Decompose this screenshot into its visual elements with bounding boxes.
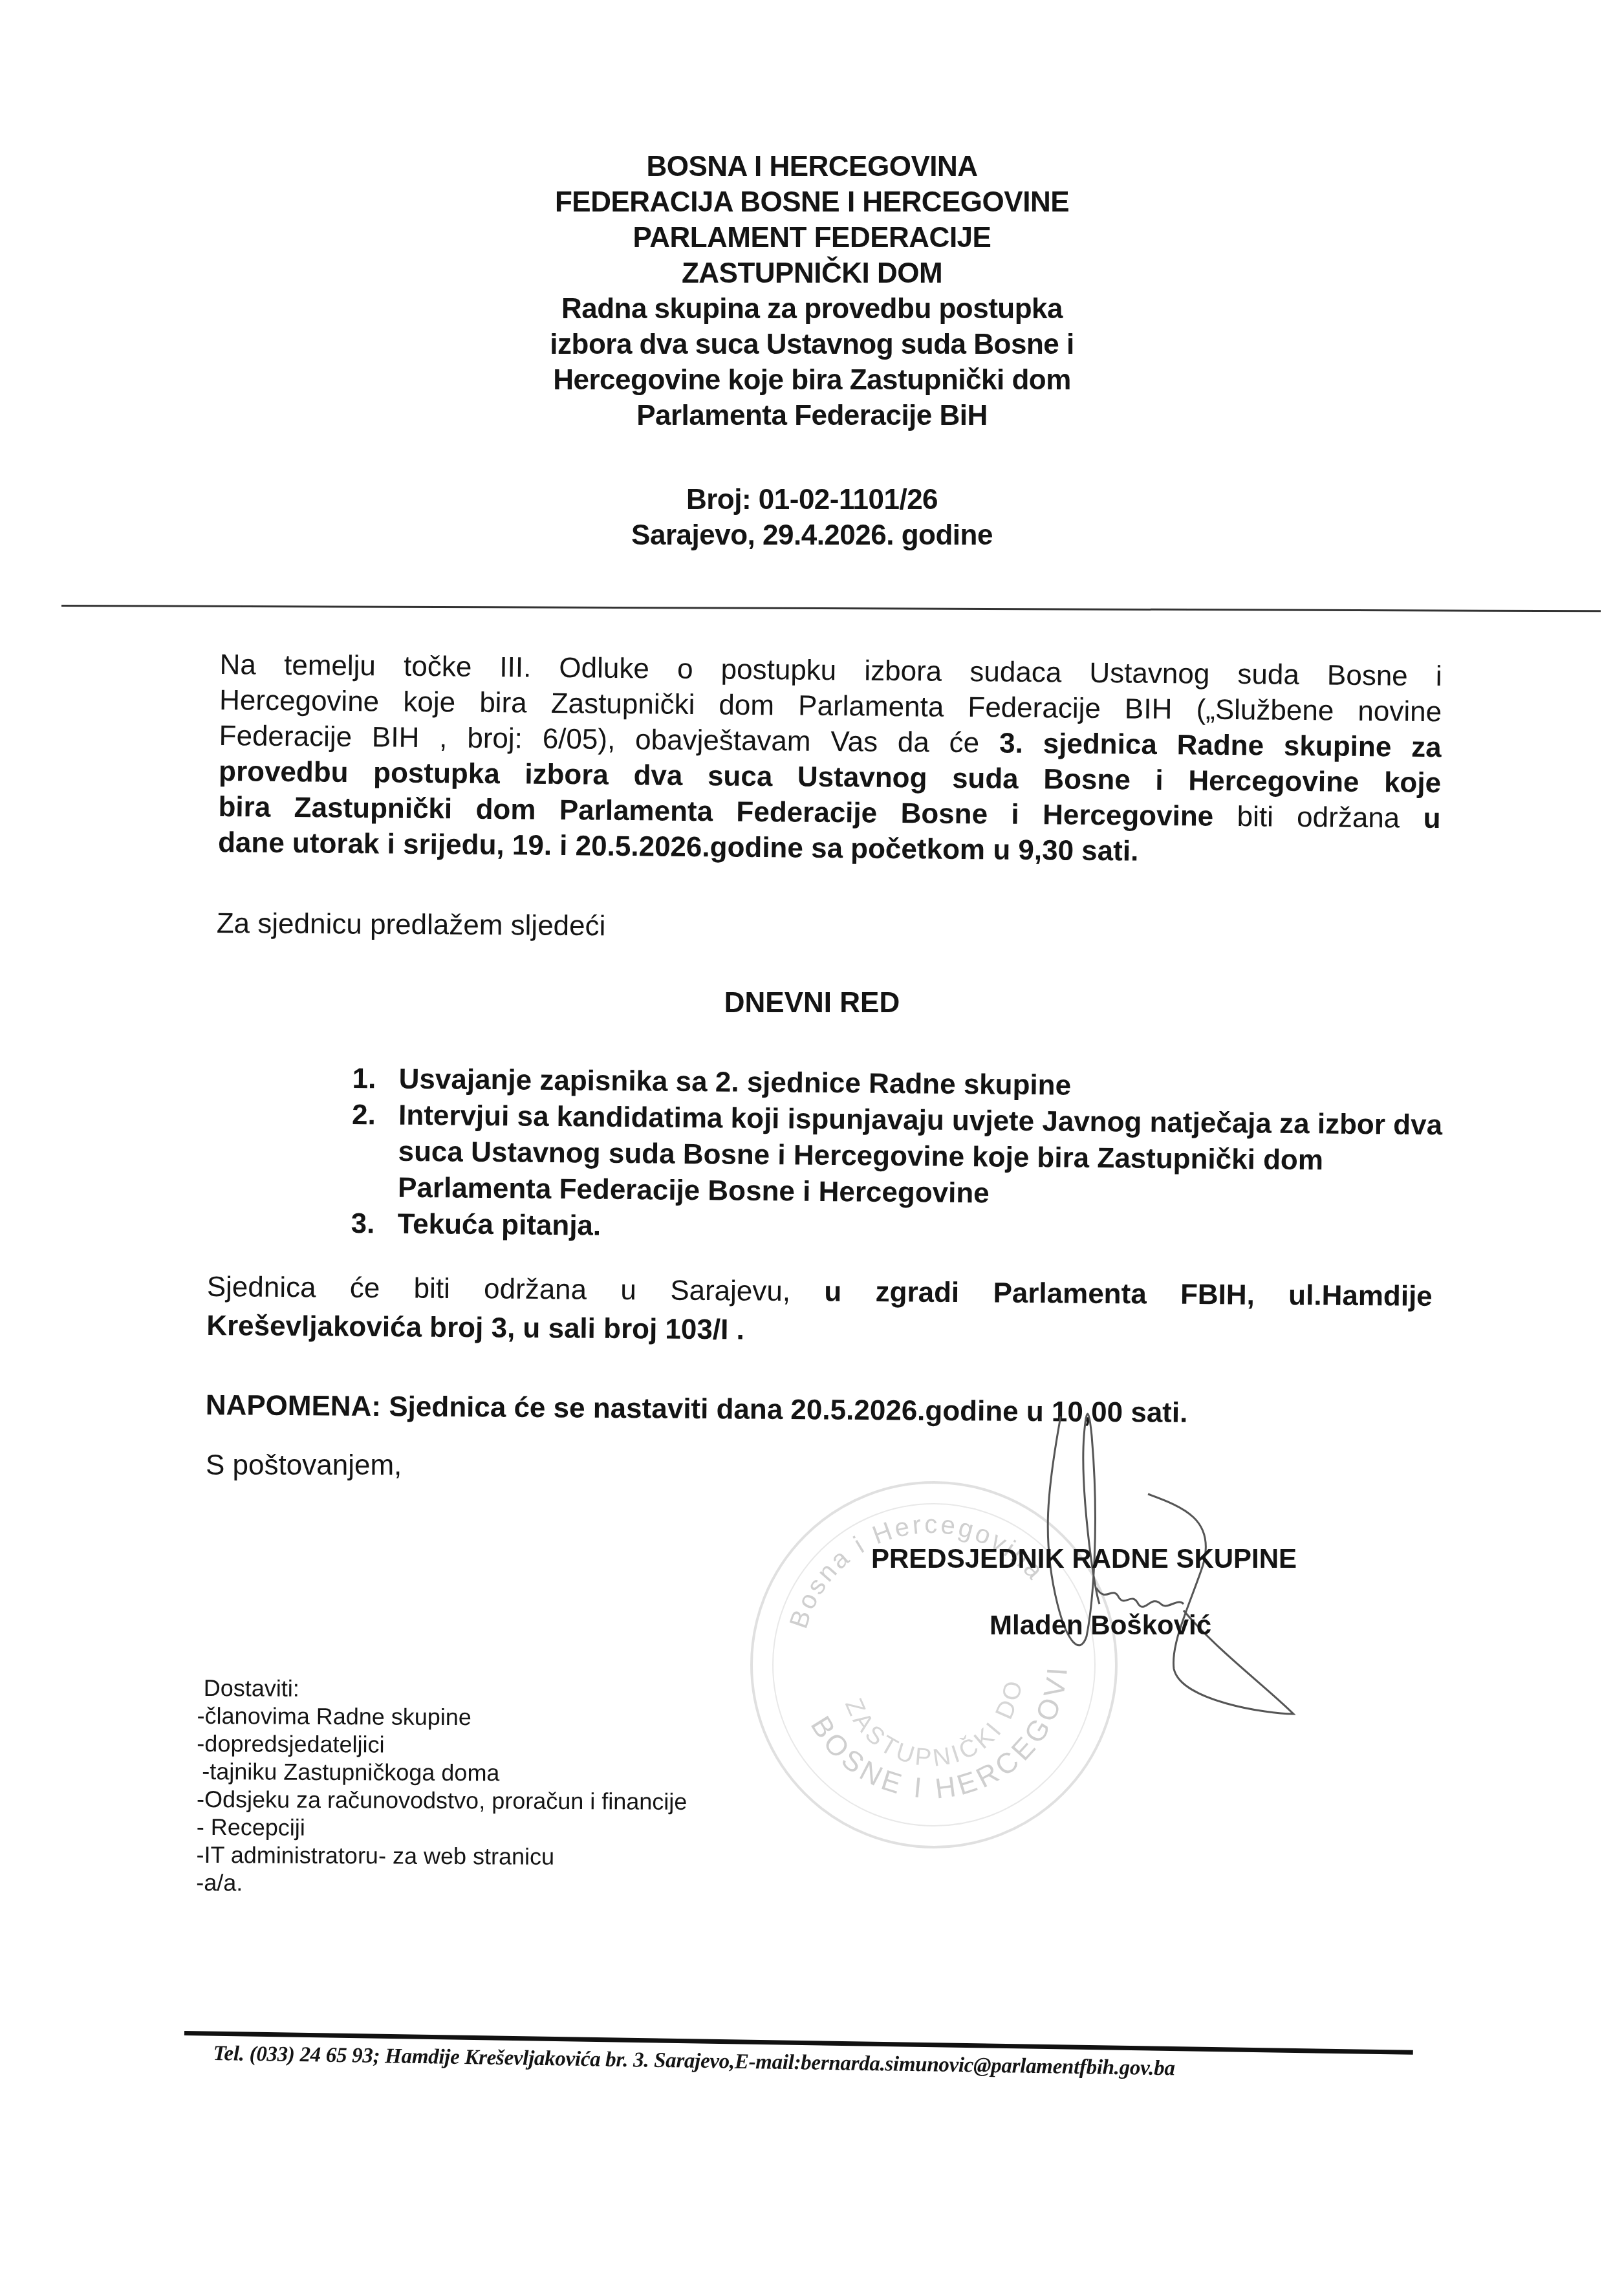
letterhead-line: Radna skupina za provedbu postupka [0,291,1624,327]
distribution-item: -članovima Radne skupine [197,1702,688,1732]
location-address: u zgradi Parlamenta FBIH, ul.Hamdije [824,1275,1433,1312]
distribution-item: -IT administratoru- za web stranicu [196,1841,687,1871]
distribution-item: -tajniku Zastupničkoga doma [197,1757,687,1788]
agenda-proposal: Za sjednicu predlažem sljedeći [217,905,606,944]
session-dates: dane utorak i srijedu, 19. i 20.5.2026.g… [218,827,1139,867]
location-paragraph: Sjednica će biti održana u Sarajevu, u z… [206,1268,1433,1355]
letterhead-line: Parlamenta Federacije BiH [0,398,1624,433]
document-number: Broj: 01-02-1101/26 [0,482,1624,517]
signatory-title: PREDSJEDNIK RADNE SKUPINE [871,1543,1297,1575]
header-divider [61,605,1601,612]
agenda-item-number: 2. [352,1097,376,1133]
letterhead: BOSNA I HERCEGOVINA FEDERACIJA BOSNE I H… [0,149,1624,553]
document-page: BOSNA I HERCEGOVINA FEDERACIJA BOSNE I H… [0,0,1624,2287]
distribution-item: -a/a. [196,1869,687,1899]
letterhead-line: izbora dva suca Ustavnog suda Bosne i [0,327,1624,362]
intro-text: biti održana [1213,801,1424,834]
distribution-item: - Recepciji [197,1813,687,1843]
agenda-item-number: 3. [351,1206,374,1242]
session-name: 3. sjednica Radne skupine za [999,728,1442,764]
agenda-title: DNEVNI RED [0,985,1624,1021]
place-date: Sarajevo, 29.4.2026. godine [0,517,1624,553]
letterhead-line: BOSNA I HERCEGOVINA [0,149,1624,184]
letterhead-line: FEDERACIJA BOSNE I HERCEGOVINE [0,184,1624,220]
letterhead-line: PARLAMENT FEDERACIJE [0,220,1624,255]
agenda-item: 2.Intervjui sa kandidatima koji ispunjav… [351,1097,1452,1216]
closing-regards: S poštovanjem, [206,1447,402,1483]
intro-paragraph: Na temelju točke III. Odluke o postupku … [218,647,1442,872]
distribution-label: Dostaviti: [197,1674,688,1704]
distribution-list: Dostaviti: -članovima Radne skupine -dop… [196,1674,687,1899]
agenda-item-text: Usvajanje zapisnika sa 2. sjednice Radne… [398,1063,1071,1101]
letterhead-line: Hercegovine koje bira Zastupnički dom [0,362,1624,398]
intro-text: Federacije BIH , broj: 6/05), obavještav… [219,720,999,759]
agenda-item-text: Intervjui sa kandidatima koji ispunjavaj… [398,1100,1442,1209]
letterhead-line: ZASTUPNIČKI DOM [0,255,1624,291]
agenda-item-number: 1. [352,1061,376,1097]
agenda-item-text: Tekuća pitanja. [397,1208,601,1242]
agenda-list: 1.Usvajanje zapisnika sa 2. sjednice Rad… [351,1061,1452,1252]
intro-text-bold: u [1423,803,1440,834]
signatory-name: Mladen Bošković [990,1609,1211,1642]
distribution-item: -dopredsjedateljici [197,1729,687,1760]
location-text: Sjednica će biti održana u Sarajevu, [207,1271,825,1307]
distribution-item: -Odsjeku za računovodstvo, proračun i fi… [197,1785,687,1816]
signature-icon [1022,1410,1358,1746]
location-address-cont: Kreševljakovića broj 3, u sali broj 103/… [206,1310,744,1346]
